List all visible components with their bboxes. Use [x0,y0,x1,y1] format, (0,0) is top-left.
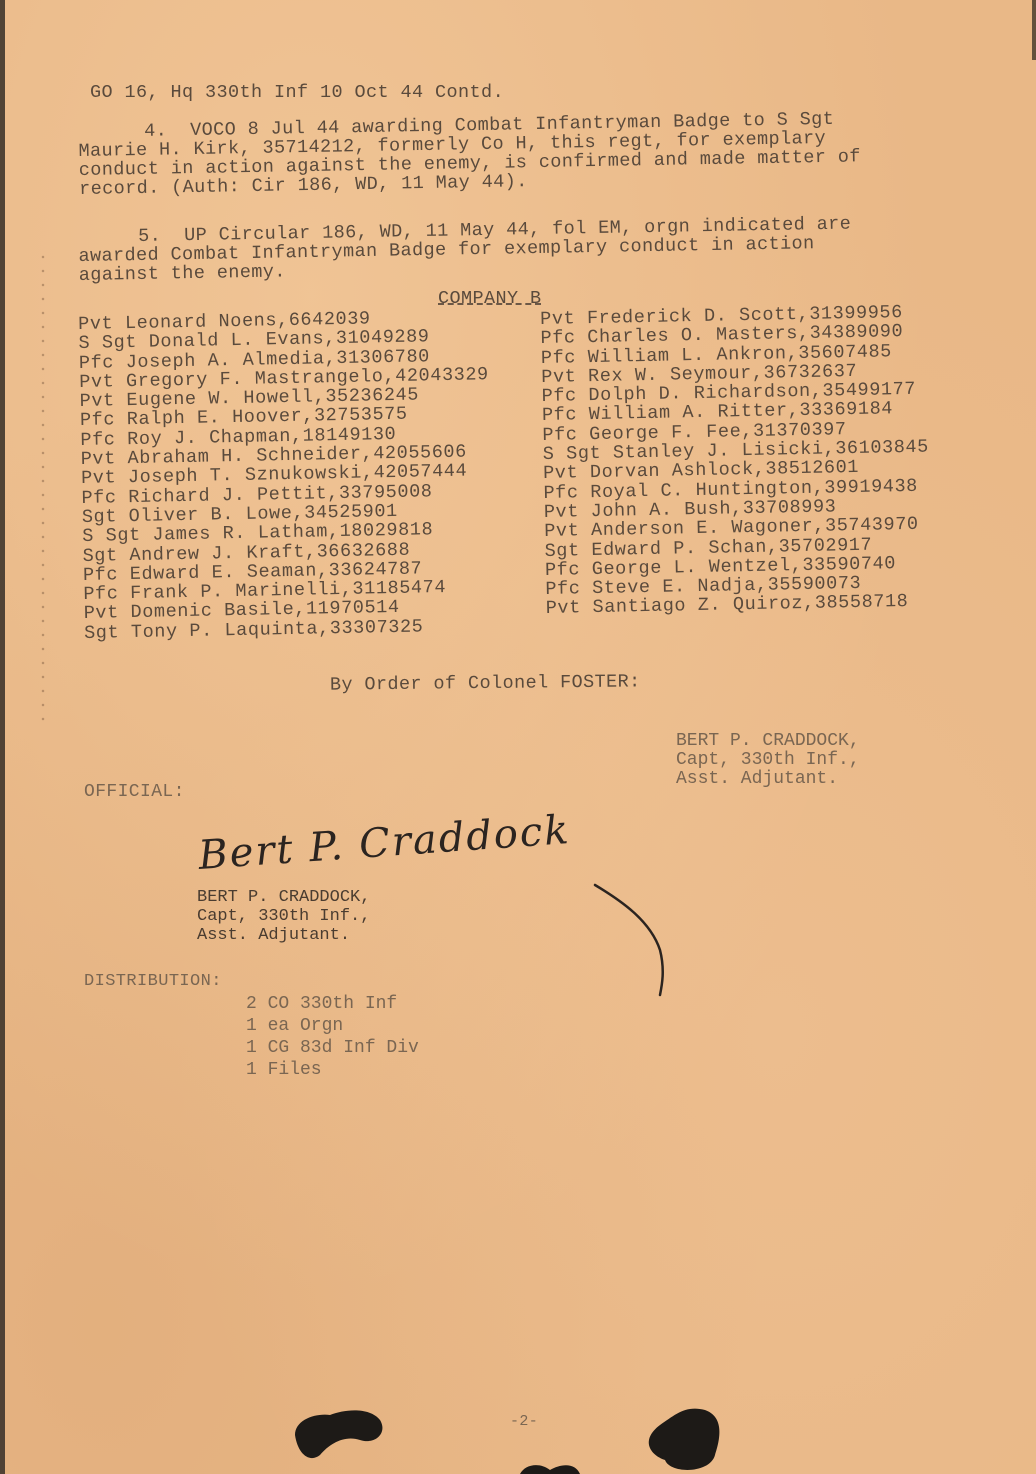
page-number: -2- [510,1414,538,1429]
paragraph-4: 4. VOCO 8 Jul 44 awarding Combat Infantr… [78,109,861,199]
distribution-label: DISTRIBUTION: [84,973,222,990]
damage-blot-icon [290,1405,390,1465]
order-authority-line: By Order of Colonel FOSTER: [330,673,641,695]
official-signatory-block: BERT P. CRADDOCK, Capt, 330th Inf., Asst… [197,888,370,945]
official-label: OFFICIAL: [84,783,185,801]
distribution-item: 1 Files [246,1059,419,1081]
distribution-item: 2 CO 330th Inf [246,993,419,1015]
roster-right-column: Pvt Frederick D. Scott,31399956 Pfc Char… [540,303,932,619]
signatory-name: BERT P. CRADDOCK, [676,732,860,751]
order-header: GO 16, Hq 330th Inf 10 Oct 44 Contd. [90,84,504,103]
distribution-list: 2 CO 330th Inf 1 ea Orgn 1 CG 83d Inf Di… [246,993,419,1081]
paragraph-5: 5. UP Circular 186, WD, 11 May 44, fol E… [78,215,852,285]
roster-left-column: Pvt Leonard Noens,6642039 S Sgt Donald L… [78,307,494,643]
official-rank: Capt, 330th Inf., [197,907,370,926]
official-name: BERT P. CRADDOCK, [197,888,370,907]
signature-flourish-icon [590,880,680,1000]
handwritten-signature: Bert P. Craddock [197,807,572,879]
company-heading: COMPANY B [438,288,542,309]
page-edge-right [1032,0,1036,60]
signatory-block: BERT P. CRADDOCK, Capt, 330th Inf., Asst… [676,732,860,789]
signatory-rank: Capt, 330th Inf., [676,751,860,770]
distribution-item: 1 CG 83d Inf Div [246,1037,419,1059]
distribution-item: 1 ea Orgn [246,1015,419,1037]
document-page: GO 16, Hq 330th Inf 10 Oct 44 Contd. 4. … [0,0,1036,1474]
page-edge-left [0,0,5,1474]
binding-holes [40,250,46,730]
signatory-title: Asst. Adjutant. [676,770,860,789]
damage-blot-icon [640,1405,730,1474]
official-title: Asst. Adjutant. [197,926,370,945]
damage-blot-icon [520,1462,600,1474]
